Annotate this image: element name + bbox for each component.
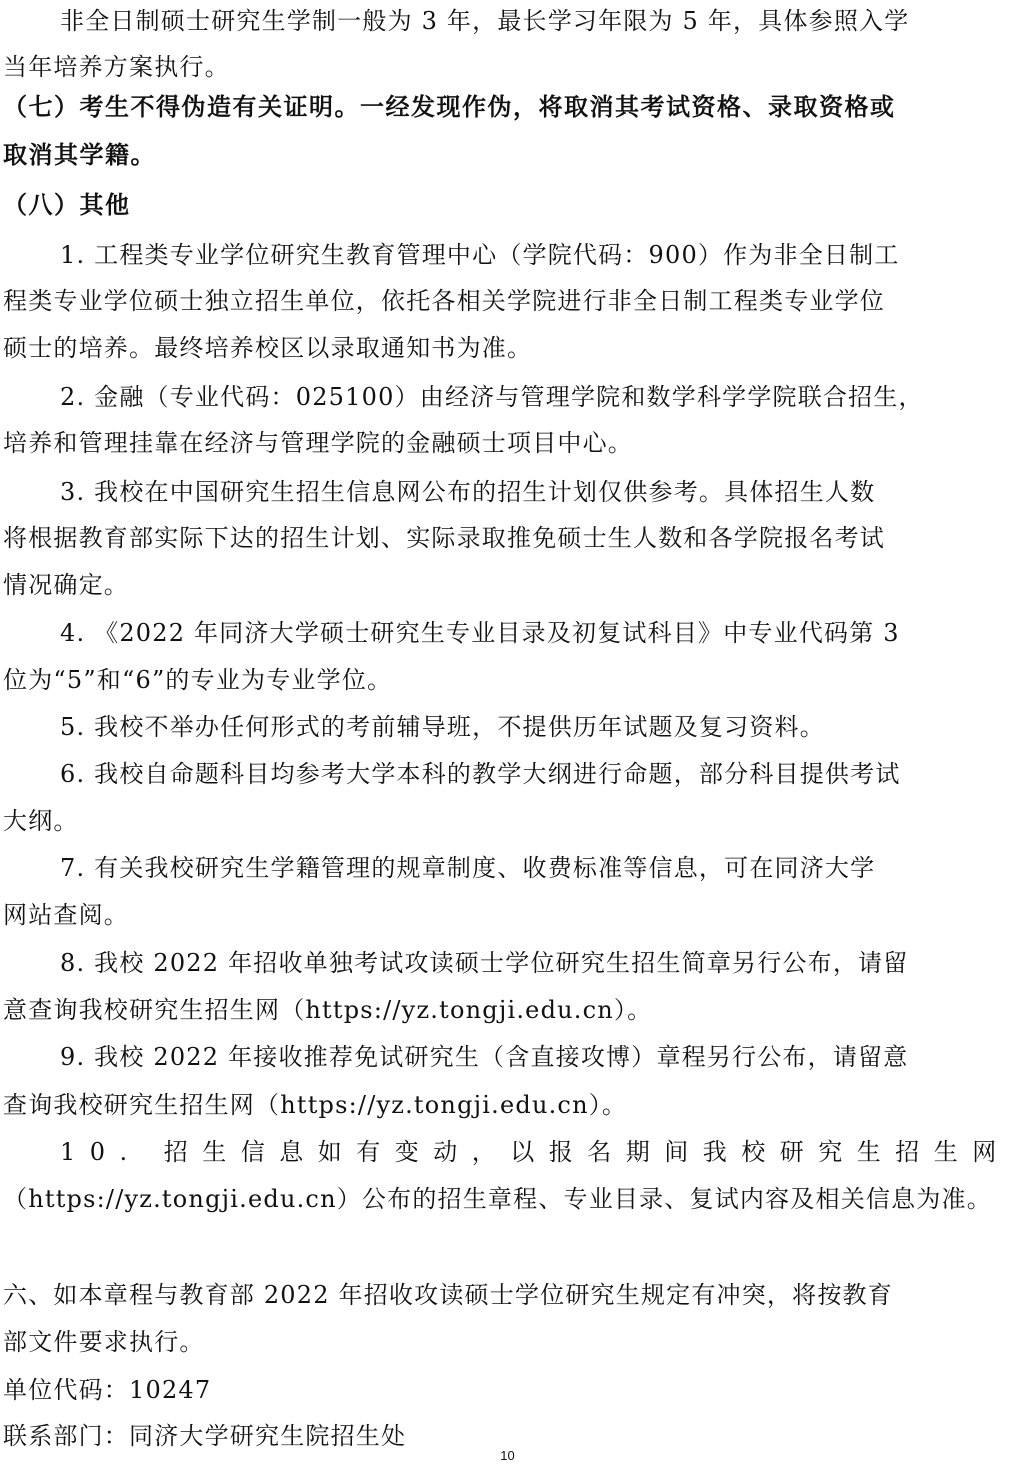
- item-5-line1: 5. 我校不举办任何形式的考前辅导班，不提供历年试题及复习资料。: [60, 712, 1013, 742]
- item-3-line3: 情况确定。: [3, 570, 1013, 600]
- item-3-line2: 将根据教育部实际下达的招生计划、实际录取推免硕士生人数和各学院报名考试: [3, 523, 1013, 553]
- item-10-line2: （https://yz.tongji.edu.cn）公布的招生章程、专业目录、复…: [3, 1184, 1013, 1214]
- section-8-heading: （八）其他: [3, 190, 1013, 220]
- section-7-heading-line2: 取消其学籍。: [3, 140, 1013, 170]
- document-page: 非全日制硕士研究生学制一般为 3 年，最长学习年限为 5 年，具体参照入学 当年…: [0, 0, 1015, 1469]
- item-10-line1: 10. 招生信息如有变动，以报名期间我校研究生招生网: [60, 1137, 1013, 1167]
- item-7-line1: 7. 有关我校研究生学籍管理的规章制度、收费标准等信息，可在同济大学: [60, 853, 1013, 883]
- item-8-line2: 意查询我校研究生招生网（https://yz.tongji.edu.cn）。: [3, 995, 1013, 1025]
- paragraph-duration-line2: 当年培养方案执行。: [3, 52, 1013, 82]
- page-number: 10: [0, 1448, 1015, 1463]
- item-4-line2: 位为“5”和“6”的专业为专业学位。: [3, 665, 1013, 695]
- section-6-line2: 部文件要求执行。: [3, 1327, 1013, 1357]
- section-7-heading-line1: （七）考生不得伪造有关证明。一经发现作伪，将取消其考试资格、录取资格或: [3, 92, 1013, 122]
- item-6-line2: 大纲。: [3, 806, 1013, 836]
- item-1-line1: 1. 工程类专业学位研究生教育管理中心（学院代码：900）作为非全日制工: [60, 240, 1013, 270]
- item-6-line1: 6. 我校自命题科目均参考大学本科的教学大纲进行命题，部分科目提供考试: [60, 759, 1013, 789]
- item-2-line2: 培养和管理挂靠在经济与管理学院的金融硕士项目中心。: [3, 428, 1013, 458]
- item-2-line1: 2. 金融（专业代码：025100）由经济与管理学院和数学科学学院联合招生，: [60, 382, 1013, 412]
- contact-department: 联系部门：同济大学研究生院招生处: [3, 1421, 1013, 1451]
- item-8-line1: 8. 我校 2022 年招收单独考试攻读硕士学位研究生招生简章另行公布，请留: [60, 948, 1013, 978]
- paragraph-duration-line1: 非全日制硕士研究生学制一般为 3 年，最长学习年限为 5 年，具体参照入学: [60, 6, 1013, 36]
- item-9-line1: 9. 我校 2022 年接收推荐免试研究生（含直接攻博）章程另行公布，请留意: [60, 1042, 1013, 1072]
- item-3-line1: 3. 我校在中国研究生招生信息网公布的招生计划仅供参考。具体招生人数: [60, 477, 1013, 507]
- item-1-line3: 硕士的培养。最终培养校区以录取通知书为准。: [3, 333, 1013, 363]
- item-1-line2: 程类专业学位硕士独立招生单位，依托各相关学院进行非全日制工程类专业学位: [3, 286, 1013, 316]
- section-6-line1: 六、如本章程与教育部 2022 年招收攻读硕士学位研究生规定有冲突，将按教育: [3, 1280, 1013, 1310]
- unit-code: 单位代码：10247: [3, 1375, 1013, 1405]
- item-7-line2: 网站查阅。: [3, 900, 1013, 930]
- item-4-line1: 4. 《2022 年同济大学硕士研究生专业目录及初复试科目》中专业代码第 3: [60, 618, 1013, 648]
- item-9-line2: 查询我校研究生招生网（https://yz.tongji.edu.cn）。: [3, 1090, 1013, 1120]
